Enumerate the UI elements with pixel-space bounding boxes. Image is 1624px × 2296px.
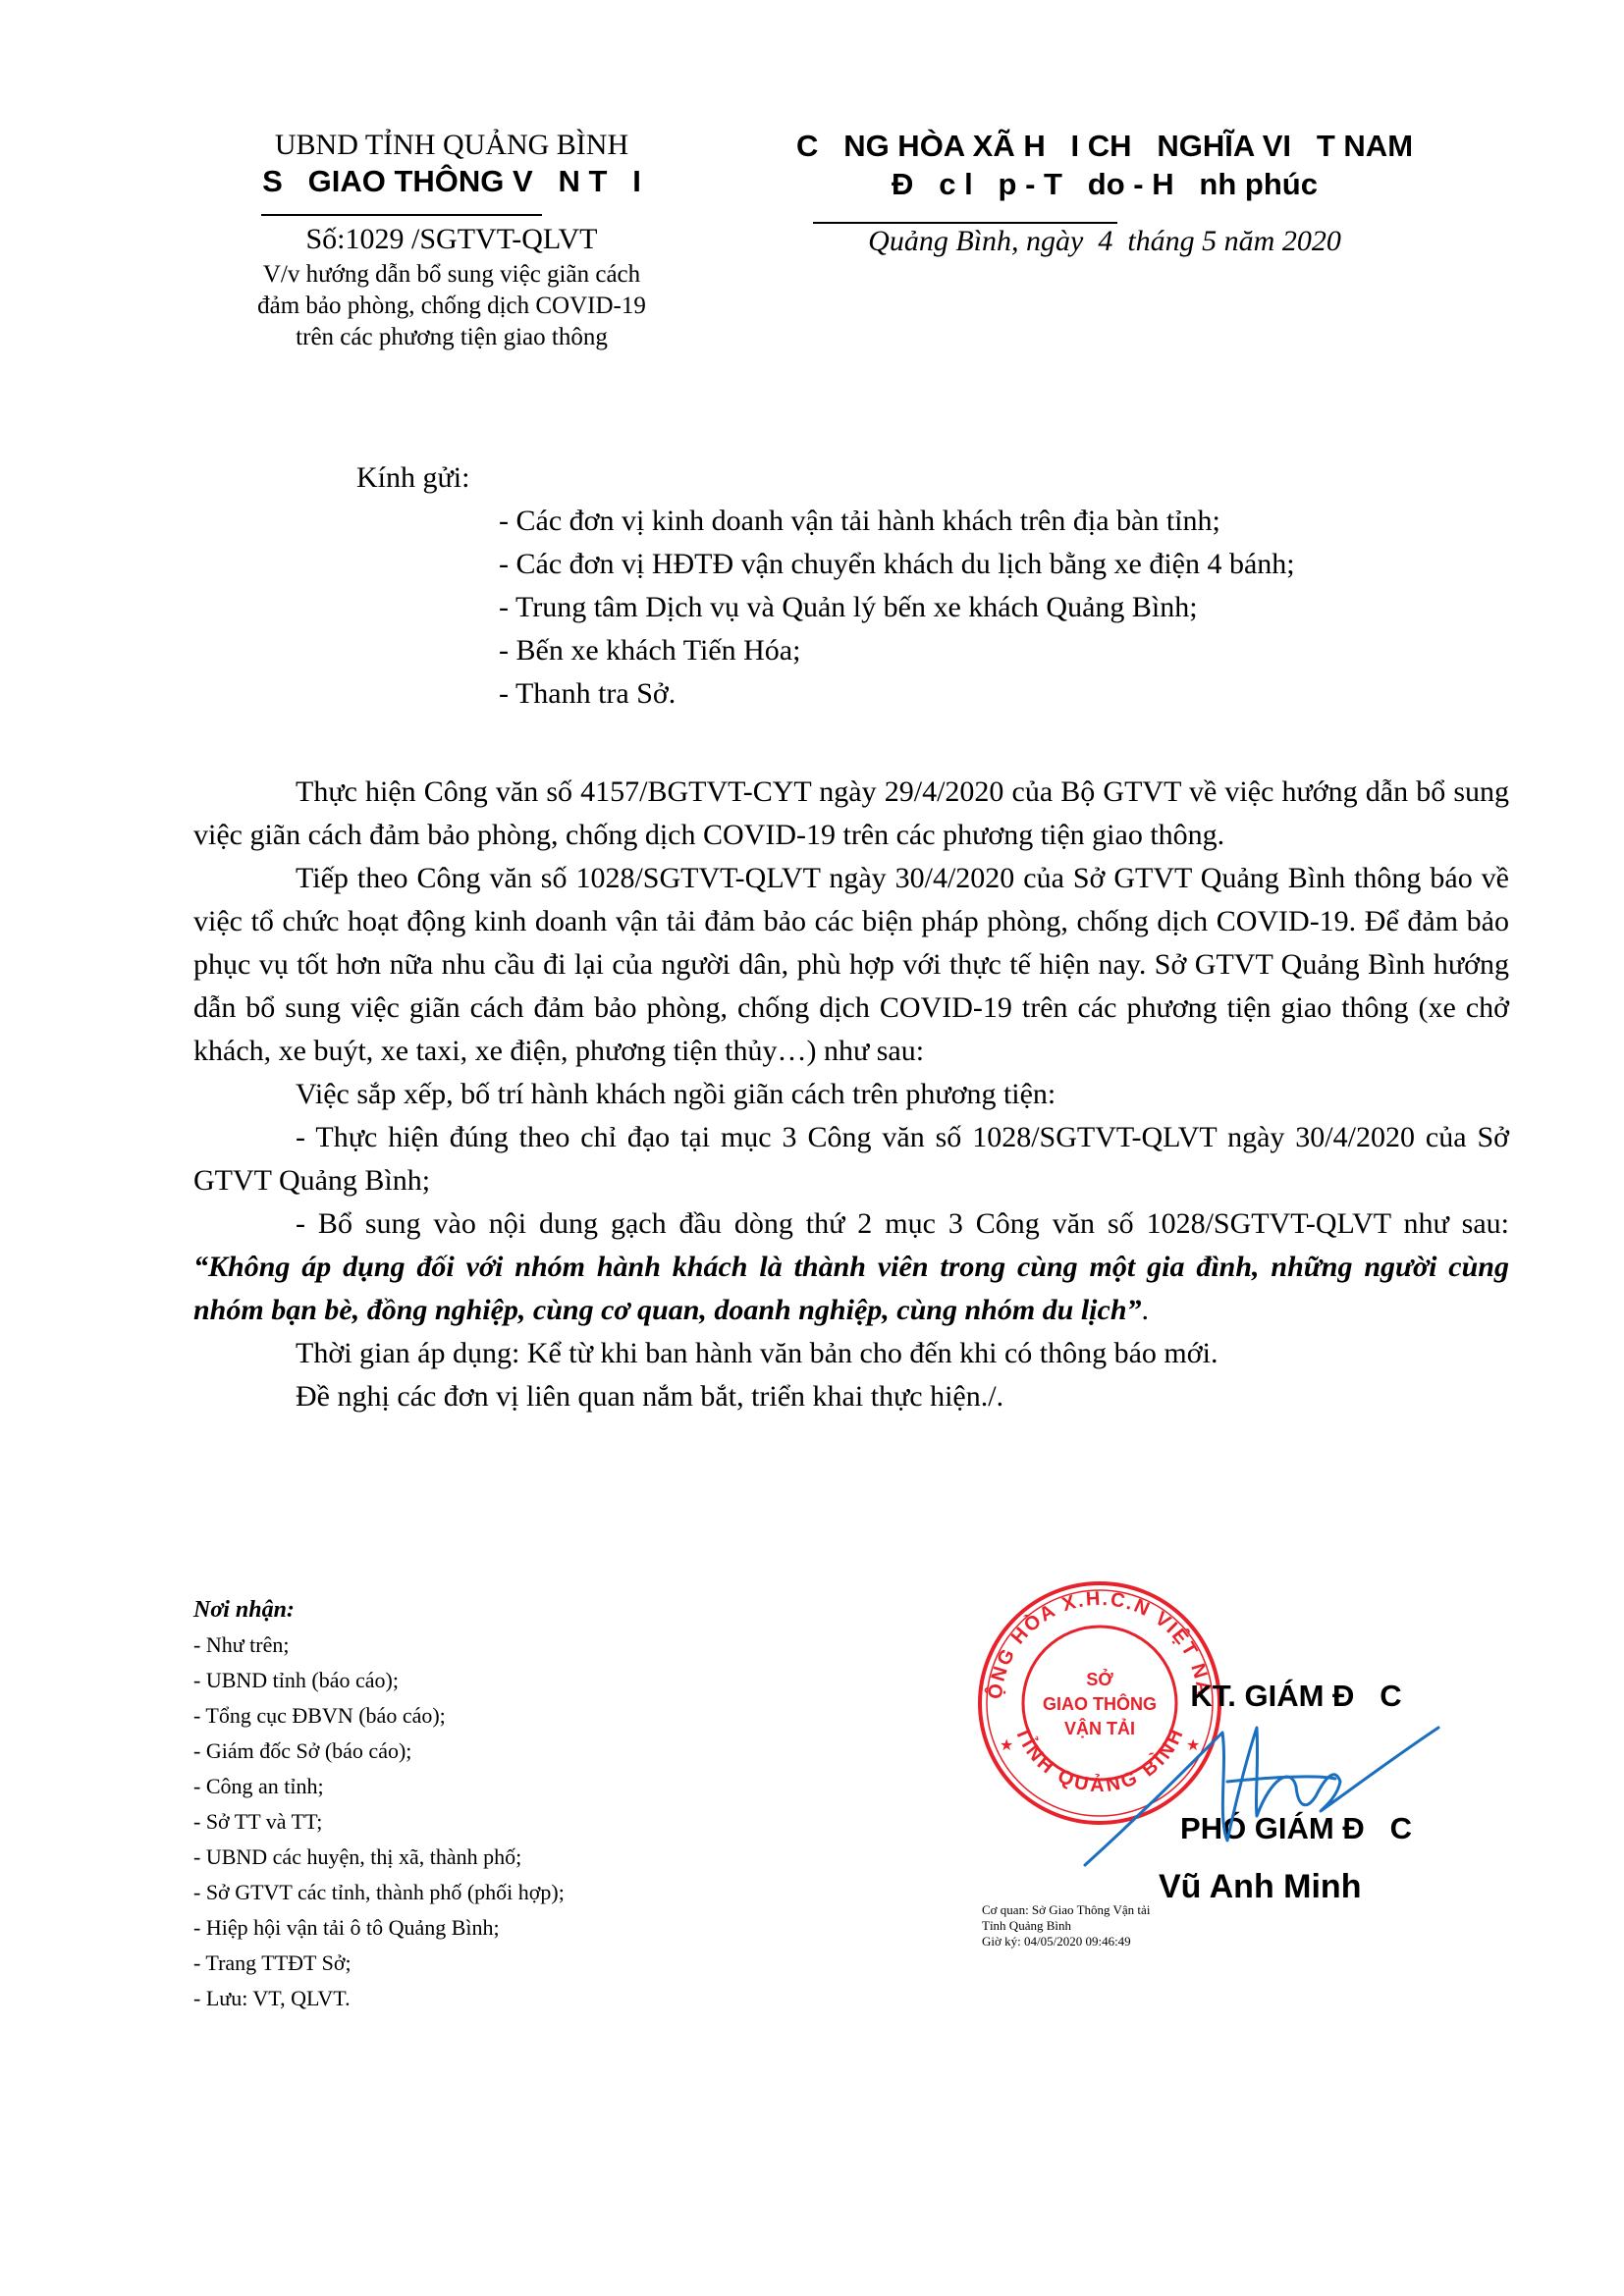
addressee-item: - Trung tâm Dịch vụ và Quản lý bến xe kh…	[499, 586, 1295, 629]
body-paragraph: Tiếp theo Công văn số 1028/SGTVT-QLVT ng…	[193, 857, 1509, 1073]
national-title: C NG HÒA XÃ H I CH NGHĨA VI T NAM	[707, 128, 1502, 165]
quoted-exception: “Không áp dụng đối với nhóm hành khách l…	[193, 1251, 1509, 1326]
subject-line: trên các phương tiện giao thông	[177, 322, 727, 353]
handwritten-signature-icon	[1080, 1688, 1453, 1875]
body-paragraph: Việc sắp xếp, bố trí hành khách ngồi giã…	[193, 1073, 1509, 1116]
national-header: C NG HÒA XÃ H I CH NGHĨA VI T NAM Đ c l …	[707, 128, 1502, 259]
recipient-item: - UBND các huyện, thị xã, thành phố;	[193, 1840, 565, 1875]
department-underline	[261, 214, 542, 216]
addressee-item: - Bến xe khách Tiến Hóa;	[499, 629, 1295, 672]
recipient-item: - Lưu: VT, QLVT.	[193, 1981, 565, 2016]
svg-text:★: ★	[1000, 1737, 1013, 1754]
recipients-title: Nơi nhận:	[193, 1592, 565, 1628]
subject-line: V/v hướng dẫn bổ sung việc giãn cách	[177, 259, 727, 291]
recipient-item: - UBND tỉnh (báo cáo);	[193, 1663, 565, 1698]
digital-signature-info: Cơ quan: Sở Giao Thông Vận tải Tỉnh Quản…	[982, 1902, 1150, 1949]
body-paragraph: - Bổ sung vào nội dung gạch đầu dòng thứ…	[193, 1202, 1509, 1332]
subject-line: đảm bảo phòng, chống dịch COVID-19	[177, 291, 727, 322]
recipient-item: - Hiệp hội vận tải ô tô Quảng Bình;	[193, 1910, 565, 1946]
body-paragraph: Đề nghị các đơn vị liên quan nắm bắt, tr…	[193, 1375, 1509, 1418]
body-paragraph: - Thực hiện đúng theo chỉ đạo tại mục 3 …	[193, 1116, 1509, 1202]
stamp-center-line: SỞ	[1086, 1669, 1113, 1689]
addressees: Kính gửi: - Các đơn vị kinh doanh vận tả…	[356, 456, 1295, 716]
paragraph-text: - Bổ sung vào nội dung gạch đầu dòng thứ…	[296, 1207, 1509, 1240]
issuer-header: UBND TỈNH QUẢNG BÌNH S GIAO THÔNG V N T …	[177, 128, 727, 353]
digital-signature-org-line2: Tỉnh Quảng Bình	[982, 1918, 1150, 1934]
recipient-item: - Sở TT và TT;	[193, 1804, 565, 1840]
document-number: Số:1029 /SGTVT-QLVT	[177, 222, 727, 257]
document-body: Thực hiện Công văn số 4157/BGTVT-CYT ngà…	[193, 771, 1509, 1418]
national-motto: Đ c l p - T do - H nh phúc	[707, 165, 1502, 204]
recipient-item: - Tổng cục ĐBVN (báo cáo);	[193, 1698, 565, 1734]
digital-signature-time: Giờ ký: 04/05/2020 09:46:49	[982, 1934, 1150, 1949]
paragraph-text: .	[1142, 1294, 1150, 1326]
recipient-item: - Sở GTVT các tỉnh, thành phố (phối hợp)…	[193, 1875, 565, 1910]
addressees-label: Kính gửi:	[356, 456, 1295, 500]
recipient-item: - Trang TTĐT Sở;	[193, 1946, 565, 1981]
recipient-item: - Như trên;	[193, 1628, 565, 1663]
motto-underline	[813, 222, 1117, 224]
body-paragraph: Thời gian áp dụng: Kể từ khi ban hành vă…	[193, 1332, 1509, 1375]
authority-name: UBND TỈNH QUẢNG BÌNH	[177, 128, 727, 163]
recipient-list: - Như trên; - UBND tỉnh (báo cáo); - Tổn…	[193, 1628, 565, 2016]
addressee-item: - Thanh tra Sở.	[499, 672, 1295, 716]
department-name: S GIAO THÔNG V N T I	[177, 163, 727, 200]
recipient-item: - Công an tỉnh;	[193, 1769, 565, 1804]
body-paragraph: Thực hiện Công văn số 4157/BGTVT-CYT ngà…	[193, 771, 1509, 857]
digital-signature-org: Cơ quan: Sở Giao Thông Vận tải	[982, 1902, 1150, 1918]
place-date: Quảng Bình, ngày 4 tháng 5 năm 2020	[707, 224, 1502, 259]
document-subject: V/v hướng dẫn bổ sung việc giãn cách đảm…	[177, 259, 727, 353]
addressee-item: - Các đơn vị kinh doanh vận tải hành khá…	[499, 500, 1295, 543]
recipient-item: - Giám đốc Sở (báo cáo);	[193, 1734, 565, 1769]
addressee-item: - Các đơn vị HĐTĐ vận chuyển khách du lị…	[499, 543, 1295, 586]
addressee-list: - Các đơn vị kinh doanh vận tải hành khá…	[356, 500, 1295, 716]
recipients: Nơi nhận: - Như trên; - UBND tỉnh (báo c…	[193, 1592, 565, 2016]
